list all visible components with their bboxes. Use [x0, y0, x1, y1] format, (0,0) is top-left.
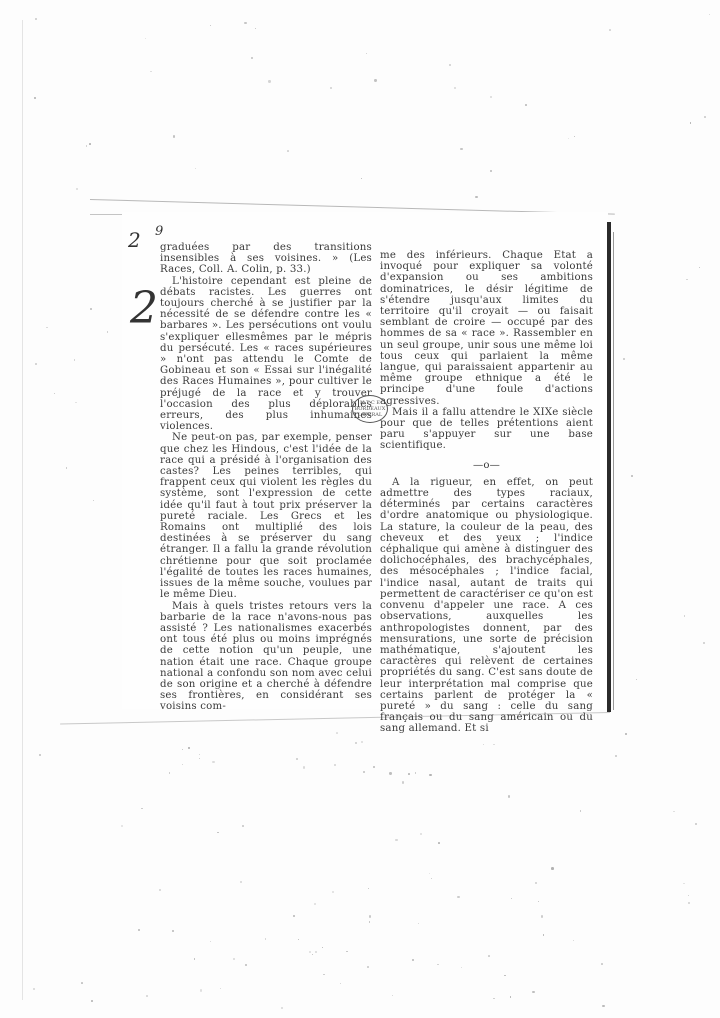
handwritten-small-mark: 9 [155, 224, 163, 239]
paragraph: Mais à quels tristes retours vers la bar… [160, 601, 372, 713]
library-stamp: N T C EBORDEAUXLATERAL [352, 395, 388, 423]
section-separator: —o— [380, 460, 593, 471]
stamp-line: LATERAL [358, 412, 382, 418]
handwritten-page-mark: 2 [128, 228, 141, 252]
clipping-right-edge [607, 222, 611, 712]
article-column-left: graduées par des transitions insensibles… [160, 242, 372, 713]
paragraph: L'histoire cependant est pleine de débat… [160, 276, 372, 433]
paragraph: Mais il a fallu attendre le XIXe siècle … [380, 407, 593, 452]
article-column-right: me des inférieurs. Chaque Etat a invoqué… [380, 250, 593, 735]
paragraph: graduées par des transitions insensibles… [160, 242, 372, 276]
clipping-right-edge-shadow [613, 232, 614, 710]
paragraph: A la rigueur, en effet, on peut admettre… [380, 477, 593, 735]
paragraph: me des inférieurs. Chaque Etat a invoqué… [380, 250, 593, 407]
handwritten-margin-mark: 2 [130, 283, 158, 334]
scan-left-edge [22, 20, 23, 1000]
paragraph: Ne peut-on pas, par exemple, penser que … [160, 432, 372, 600]
